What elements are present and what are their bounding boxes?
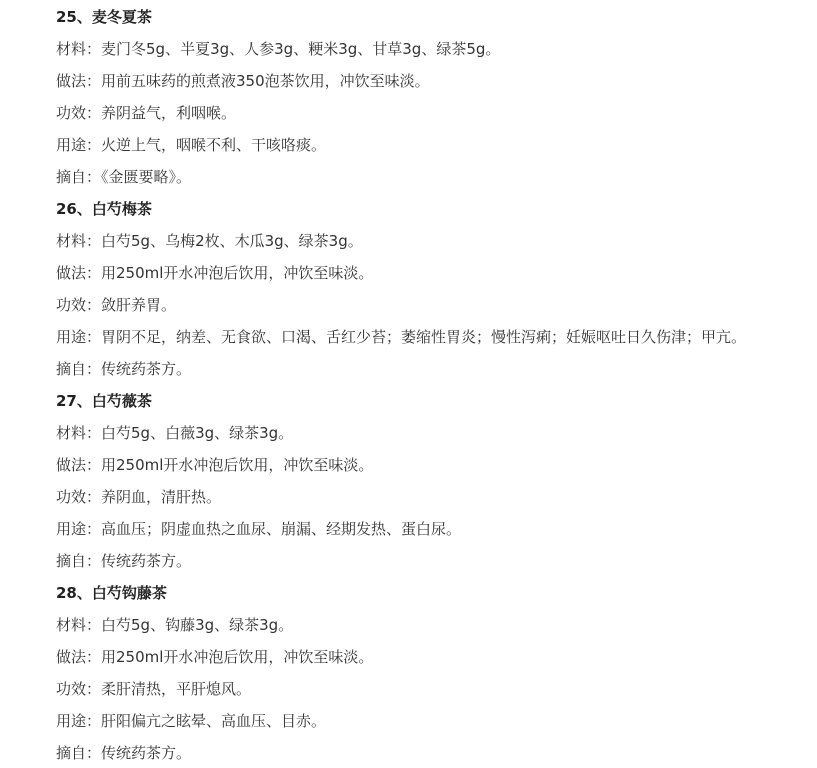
recipe-method: 做法：用250ml开水冲泡后饮用，冲饮至味淡。 <box>56 448 816 480</box>
recipe-usage: 用途：火逆上气，咽喉不利、干咳咯痰。 <box>56 128 816 160</box>
recipe-effect: 功效：养阴血，清肝热。 <box>56 480 816 512</box>
recipe-source: 摘自：传统药茶方。 <box>56 352 816 384</box>
recipe-26: 26、白芍梅茶 材料：白芍5g、乌梅2枚、木瓜3g、绿茶3g。 做法：用250m… <box>56 192 816 384</box>
recipe-source: 摘自：《金匮要略》。 <box>56 160 816 192</box>
recipe-method: 做法：用250ml开水冲泡后饮用，冲饮至味淡。 <box>56 256 816 288</box>
recipe-27: 27、白芍薇茶 材料：白芍5g、白薇3g、绿茶3g。 做法：用250ml开水冲泡… <box>56 384 816 576</box>
recipe-effect: 功效：养阴益气，利咽喉。 <box>56 96 816 128</box>
recipe-materials: 材料：白芍5g、白薇3g、绿茶3g。 <box>56 416 816 448</box>
recipe-25: 25、麦冬夏茶 材料：麦门冬5g、半夏3g、人参3g、粳米3g、甘草3g、绿茶5… <box>56 0 816 192</box>
recipe-title: 27、白芍薇茶 <box>56 384 816 416</box>
recipe-source: 摘自：传统药茶方。 <box>56 736 816 768</box>
recipe-method: 做法：用前五味药的煎煮液350泡茶饮用，冲饮至味淡。 <box>56 64 816 96</box>
recipe-materials: 材料：白芍5g、乌梅2枚、木瓜3g、绿茶3g。 <box>56 224 816 256</box>
recipe-title: 28、白芍钩藤茶 <box>56 576 816 608</box>
recipe-usage: 用途：胃阴不足，纳差、无食欲、口渴、舌红少苔；萎缩性胃炎；慢性泻痢；妊娠呕吐日久… <box>56 320 816 352</box>
recipe-title: 26、白芍梅茶 <box>56 192 816 224</box>
recipe-materials: 材料：麦门冬5g、半夏3g、人参3g、粳米3g、甘草3g、绿茶5g。 <box>56 32 816 64</box>
recipe-title: 25、麦冬夏茶 <box>56 0 816 32</box>
recipe-effect: 功效：敛肝养胃。 <box>56 288 816 320</box>
recipe-materials: 材料：白芍5g、钩藤3g、绿茶3g。 <box>56 608 816 640</box>
recipe-effect: 功效：柔肝清热，平肝熄风。 <box>56 672 816 704</box>
recipe-method: 做法：用250ml开水冲泡后饮用，冲饮至味淡。 <box>56 640 816 672</box>
recipe-usage: 用途：肝阳偏亢之眩晕、高血压、目赤。 <box>56 704 816 736</box>
recipe-28: 28、白芍钩藤茶 材料：白芍5g、钩藤3g、绿茶3g。 做法：用250ml开水冲… <box>56 576 816 768</box>
recipe-source: 摘自：传统药茶方。 <box>56 544 816 576</box>
article-body: 25、麦冬夏茶 材料：麦门冬5g、半夏3g、人参3g、粳米3g、甘草3g、绿茶5… <box>56 0 816 768</box>
recipe-usage: 用途：高血压；阴虚血热之血尿、崩漏、经期发热、蛋白尿。 <box>56 512 816 544</box>
